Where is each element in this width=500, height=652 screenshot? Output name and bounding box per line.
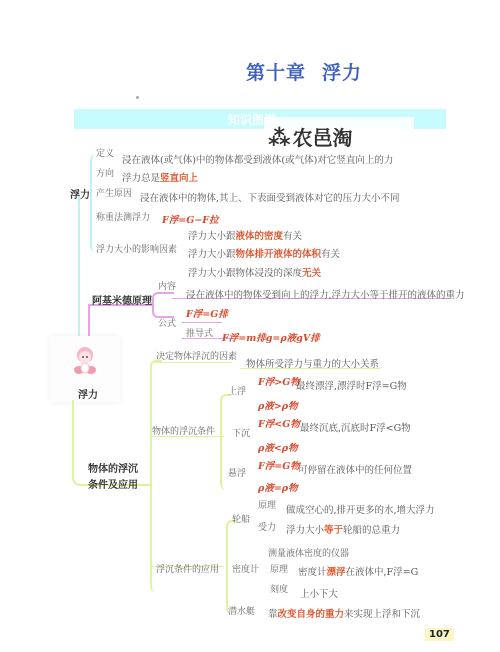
girl-mascot-icon [70,346,100,378]
branch-title-archimedes: 阿基米德原理 [92,292,152,307]
branch-title-conditions-line1: 物体的浮沉 [88,460,138,475]
chapter-number: 第十章 [246,62,306,84]
text-ship-principle: 做成空心的,排开更多的水,增大浮力 [286,502,435,516]
label-suspend: 悬浮 [228,466,246,479]
formula-archimedes: F浮=G排 [186,306,228,320]
chapter-heading: 第十章浮力 [246,58,362,85]
note-suspend: 可停留在液体中的任何位置 [298,462,412,476]
text-submarine: 靠改变自身的重力来实现上浮和下沉 [268,606,420,620]
text-deciding-factor: 物体所受浮力与重力的大小关系 [246,356,379,370]
label-submarine: 潜水艇 [228,604,255,617]
text-cause: 浸在液体中的物体,其上、下表面受到液体对它的压力大小不同 [140,190,400,204]
formula-derived: F浮=m排g=ρ液gV排 [222,330,320,344]
text-direction: 浮力总是竖直向上 [122,170,198,184]
branch2-trunk [88,306,90,338]
chapter-title: 浮力 [322,62,362,84]
label-influence-factors: 浮力大小的影响因素 [96,242,177,255]
formula-underline [182,322,222,323]
text-hydrometer-desc: 测量液体密度的仪器 [268,546,349,559]
label-cause: 产生原因 [96,186,132,199]
label-hydrometer-scale: 刻度 [270,582,288,595]
formula-sink-force: F浮<G物 [258,416,300,430]
label-rise: 上浮 [228,384,246,397]
label-applications: 浮沉条件的应用 [156,562,219,575]
note-sink: 最终沉底,沉底时F浮<G物 [300,420,411,434]
formula-rise-force: F浮>G物 [258,374,300,388]
watermark: ⁂农邑淘 [268,122,353,151]
text-ship-force: 浮力大小等于轮船的总重力 [286,522,400,536]
text-definition: 浸在液体(或气体)中的物体都受到液体(或气体)对它竖直向上的力 [122,152,393,166]
factor-depth: 浮力大小跟物体浸没的深度无关 [188,265,321,279]
note-rise: 最终漂浮,漂浮时F浮=G物 [296,378,407,392]
label-definition: 定义 [96,146,114,159]
text-hydrometer-scale: 上小下大 [300,586,338,600]
label-derived: 推导式 [186,326,213,339]
branch-title-buoyancy: 浮力 [70,186,90,201]
branch1-trunk [78,196,80,336]
branch3-spine [150,360,162,592]
label-weighing-method: 称重法测浮力 [96,210,150,223]
watermark-text: 农邑淘 [293,126,353,150]
label-sink-float-conditions: 物体的浮沉条件 [152,424,215,437]
label-deciding-factor: 决定物体浮沉的因素 [156,349,237,362]
decorative-dot [136,96,139,99]
page-number: 107 [425,628,454,641]
factor-density: 浮力大小跟液体的密度有关 [188,228,302,242]
text-hydrometer-principle: 密度计漂浮在液体中,F浮=G [298,564,418,578]
label-formula: 公式 [158,316,176,329]
branch2-fork [152,292,174,318]
formula-weighing: F浮=G−F拉 [162,212,219,226]
formula-rise-density: ρ液>ρ物 [258,398,298,412]
label-ship-force: 受力 [258,520,276,533]
text-archimedes-content: 浸在液体中的物体受到向上的浮力,浮力大小等于排开的液体的重力 [186,287,465,301]
factor-volume: 浮力大小跟物体排开液体的体积有关 [188,246,340,260]
label-sink: 下沉 [232,426,250,439]
watermark-logo-icon: ⁂ [268,126,289,151]
formula-suspend-density: ρ液=ρ物 [258,480,298,494]
label-direction: 方向 [96,166,114,179]
branch-title-conditions-line2: 条件及应用 [88,476,138,491]
factor-label-underline [152,362,232,363]
label-hydrometer-principle: 原理 [270,562,288,575]
formula-sink-density: ρ液<ρ物 [258,440,298,454]
label-content: 内容 [158,279,176,292]
label-hydrometer: 密度计 [232,562,259,575]
label-ship: 轮船 [232,512,250,525]
formula-suspend-force: F浮=G物 [258,458,300,472]
center-node-label: 浮力 [78,386,98,401]
label-ship-principle: 原理 [258,498,276,511]
